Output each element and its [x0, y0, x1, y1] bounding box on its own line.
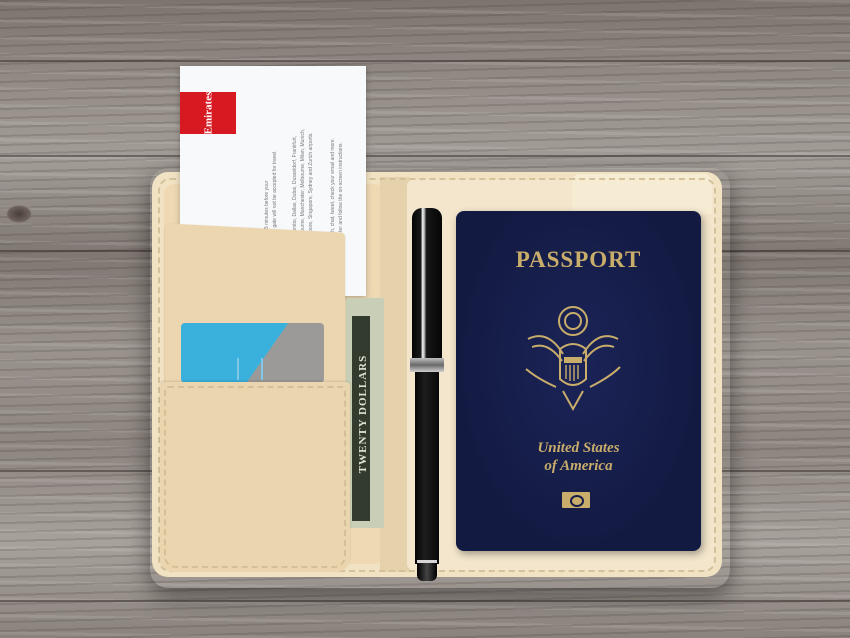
pen-barrel — [415, 372, 439, 564]
pen-cap — [412, 208, 442, 363]
ticket-text-line: ...ourne, Manchester, Melbourne, Milan, … — [300, 129, 306, 236]
emirates-logo: Emirates — [180, 92, 236, 134]
pen-end — [417, 560, 437, 581]
wood-plank-seam — [0, 60, 850, 62]
passport-country: United States of America — [456, 439, 701, 475]
fountain-pen — [412, 208, 442, 580]
pen-ring — [410, 358, 444, 372]
wood-knot — [6, 205, 32, 223]
hotel-key-card — [181, 323, 324, 383]
passport-title: PASSPORT — [456, 247, 701, 273]
biometric-chip-icon — [562, 492, 590, 508]
pocket-stitching — [164, 386, 346, 568]
ticket-text-line: ...e gate will not be accepted for trave… — [272, 150, 278, 236]
ticket-text-line: ...pore, Singapore, Sydney and Zurich ai… — [308, 132, 314, 236]
ticket-text-line: ...h, chat, tweet, check your email and … — [330, 138, 336, 236]
bill-print: TWENTY DOLLARS — [352, 316, 370, 521]
ticket-text-line: ...ombo, Dallas, Dubai, Dusseldorf, Fran… — [292, 136, 298, 236]
dollar-bill: TWENTY DOLLARS — [346, 298, 384, 528]
wood-plank-seam — [0, 600, 850, 602]
hotel-logo-icon — [237, 358, 263, 380]
wallet-card-pocket-lower — [160, 382, 350, 572]
wood-plank-seam — [0, 155, 850, 157]
ticket-text-line: ...ter and follow the on-screen instruct… — [338, 142, 344, 236]
eagle-seal-icon — [518, 299, 628, 419]
us-passport: PASSPORT United States of America — [456, 211, 701, 551]
